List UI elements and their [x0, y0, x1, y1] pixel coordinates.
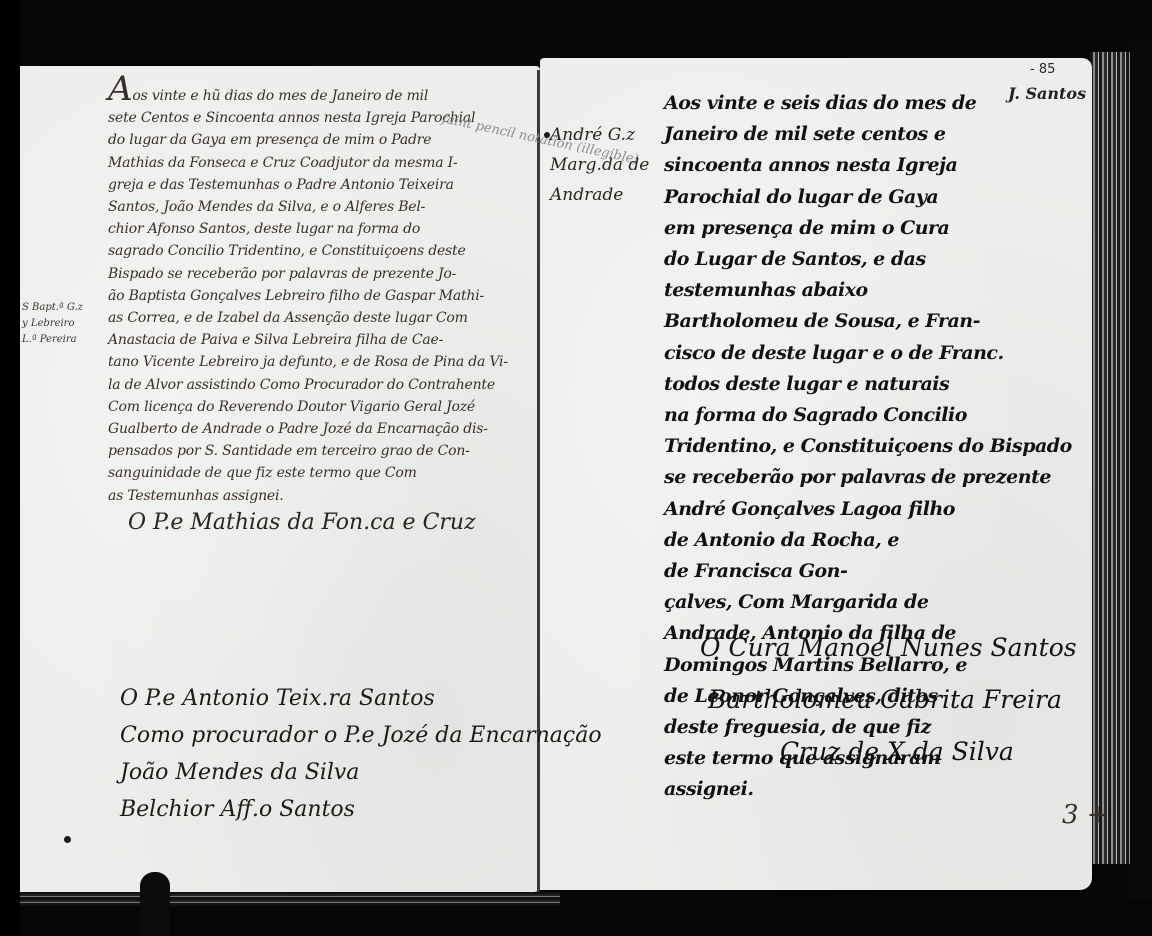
signature: O Cura Manoel Nunes Santos — [700, 622, 1077, 674]
signature: Bartholomeu Cabrita Freira — [708, 674, 1077, 726]
ink-blot — [64, 836, 71, 843]
entry-line: todos deste lugar e naturais — [664, 369, 1072, 400]
entry-line: Bartholomeu de Sousa, e Fran- — [664, 306, 1072, 337]
entry-line: Janeiro de mil sete centos e — [664, 119, 1072, 150]
entry-line: do Lugar de Santos, e das — [664, 244, 1072, 275]
entry-line: de Francisca Gon- — [664, 556, 1072, 587]
entry-line: pensados por S. Santidade em terceiro gr… — [108, 440, 508, 462]
entry-line: do lugar da Gaya em presença de mim o Pa… — [108, 129, 508, 151]
entry-line: Tridentino, e Constituiçoens do Bispado — [664, 431, 1072, 462]
entry-line: Bispado se receberão por palavras de pre… — [108, 263, 508, 285]
folio-number: - 85 — [1030, 62, 1055, 77]
entry-line: André Gonçalves Lagoa filho — [664, 494, 1072, 525]
entry-line: Gualberto de Andrade o Padre Jozé da Enc… — [108, 418, 508, 440]
entry-line: de Antonio da Rocha, e — [664, 525, 1072, 556]
margin-line: Andrade — [550, 180, 649, 210]
entry-line: assignei. — [664, 774, 1072, 805]
entry-line: na forma do Sagrado Concilio — [664, 400, 1072, 431]
witness-signatures: O P.e Antonio Teix.ra Santos Como procur… — [120, 680, 602, 828]
entry-line: as Correa, e de Izabel da Assenção deste… — [108, 307, 508, 329]
right-margin-note: André G.z Marg.da de Andrade — [550, 120, 649, 210]
entry-line: as Testemunhas assignei. — [108, 485, 508, 507]
entry-line: Aos vinte e seis dias do mes de — [664, 88, 1072, 119]
margin-line: y Lebreiro — [22, 316, 83, 332]
margin-line: L.ª Pereira — [22, 332, 83, 348]
witness-signature: O P.e Antonio Teix.ra Santos — [120, 680, 602, 717]
right-signatures: O Cura Manoel Nunes Santos Bartholomeu C… — [700, 622, 1077, 778]
entry-line: em presença de mim o Cura — [664, 213, 1072, 244]
page-clip — [140, 872, 170, 936]
entry-line: Com licença do Reverendo Doutor Vigario … — [108, 396, 508, 418]
bottom-page-edge — [20, 892, 560, 906]
witness-signature: Como procurador o P.e Jozé da Encarnação — [120, 717, 602, 754]
left-margin-note: S Bapt.ª G.z y Lebreiro L.ª Pereira — [22, 300, 83, 348]
signature: Cruz de X da Silva — [780, 726, 1077, 778]
entry-line: la de Alvor assistindo Como Procurador d… — [108, 374, 508, 396]
entry-line: testemunhas abaixo — [664, 275, 1072, 306]
entry-line: Aos vinte e hũ dias do mes de Janeiro de… — [108, 84, 508, 107]
entry-line: çalves, Com Margarida de — [664, 587, 1072, 618]
margin-line: André G.z — [550, 120, 649, 150]
entry-line: Anastacia de Paiva e Silva Lebreira filh… — [108, 329, 508, 351]
entry-line: Parochial do lugar de Gaya — [664, 182, 1072, 213]
entry-line: greja e das Testemunhas o Padre Antonio … — [108, 174, 508, 196]
entry-line: cisco de deste lugar e o de Franc. — [664, 338, 1072, 369]
corner-mark: 3 + — [1062, 800, 1109, 830]
entry-line: sanguinidade de que fiz este termo que C… — [108, 462, 508, 484]
entry-line: Santos, João Mendes da Silva, e o Alfere… — [108, 196, 508, 218]
book-edge-shadow — [1128, 40, 1152, 900]
witness-signature: João Mendes da Silva — [120, 754, 602, 791]
left-entry-text: Aos vinte e hũ dias do mes de Janeiro de… — [108, 84, 508, 507]
left-border — [0, 0, 20, 936]
priest-signature: O P.e Mathias da Fon.ca e Cruz — [128, 510, 476, 535]
page-edge-stack — [1090, 52, 1130, 864]
entry-line: sagrado Concilio Tridentino, e Constitui… — [108, 240, 508, 262]
entry-line: chior Afonso Santos, deste lugar na form… — [108, 218, 508, 240]
entry-line: tano Vicente Lebreiro ja defunto, e de R… — [108, 351, 508, 373]
entry-line: Mathias da Fonseca e Cruz Coadjutor da m… — [108, 152, 508, 174]
entry-line: sincoenta annos nesta Igreja — [664, 150, 1072, 181]
entry-line: ão Baptista Gonçalves Lebreiro filho de … — [108, 285, 508, 307]
margin-line: S Bapt.ª G.z — [22, 300, 83, 316]
entry-line: se receberão por palavras de prezente — [664, 462, 1072, 493]
witness-signature: Belchior Aff.o Santos — [120, 791, 602, 828]
margin-line: Marg.da de — [550, 150, 649, 180]
